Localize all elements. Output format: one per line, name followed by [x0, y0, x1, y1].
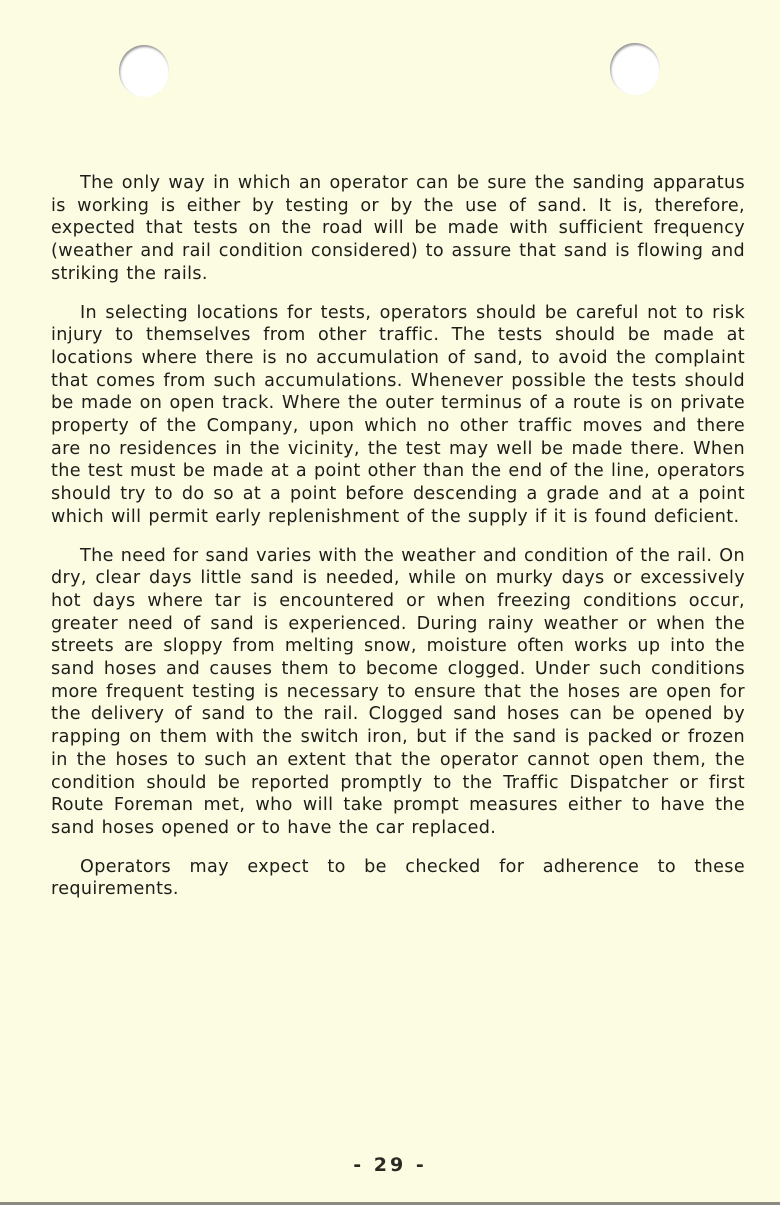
- body-text: The only way in which an operator can be…: [51, 172, 745, 917]
- punch-hole-left: [119, 45, 169, 97]
- paragraph-sanding-testing: The only way in which an operator can be…: [51, 172, 745, 286]
- paragraph-adherence: Operators may expect to be checked for a…: [51, 856, 745, 901]
- document-page: The only way in which an operator can be…: [0, 0, 780, 1205]
- paragraph-test-locations: In selecting locations for tests, operat…: [51, 302, 745, 529]
- punch-hole-right: [610, 43, 660, 95]
- paragraph-sand-need: The need for sand varies with the weathe…: [51, 545, 745, 840]
- page-number: - 29 -: [0, 1154, 780, 1176]
